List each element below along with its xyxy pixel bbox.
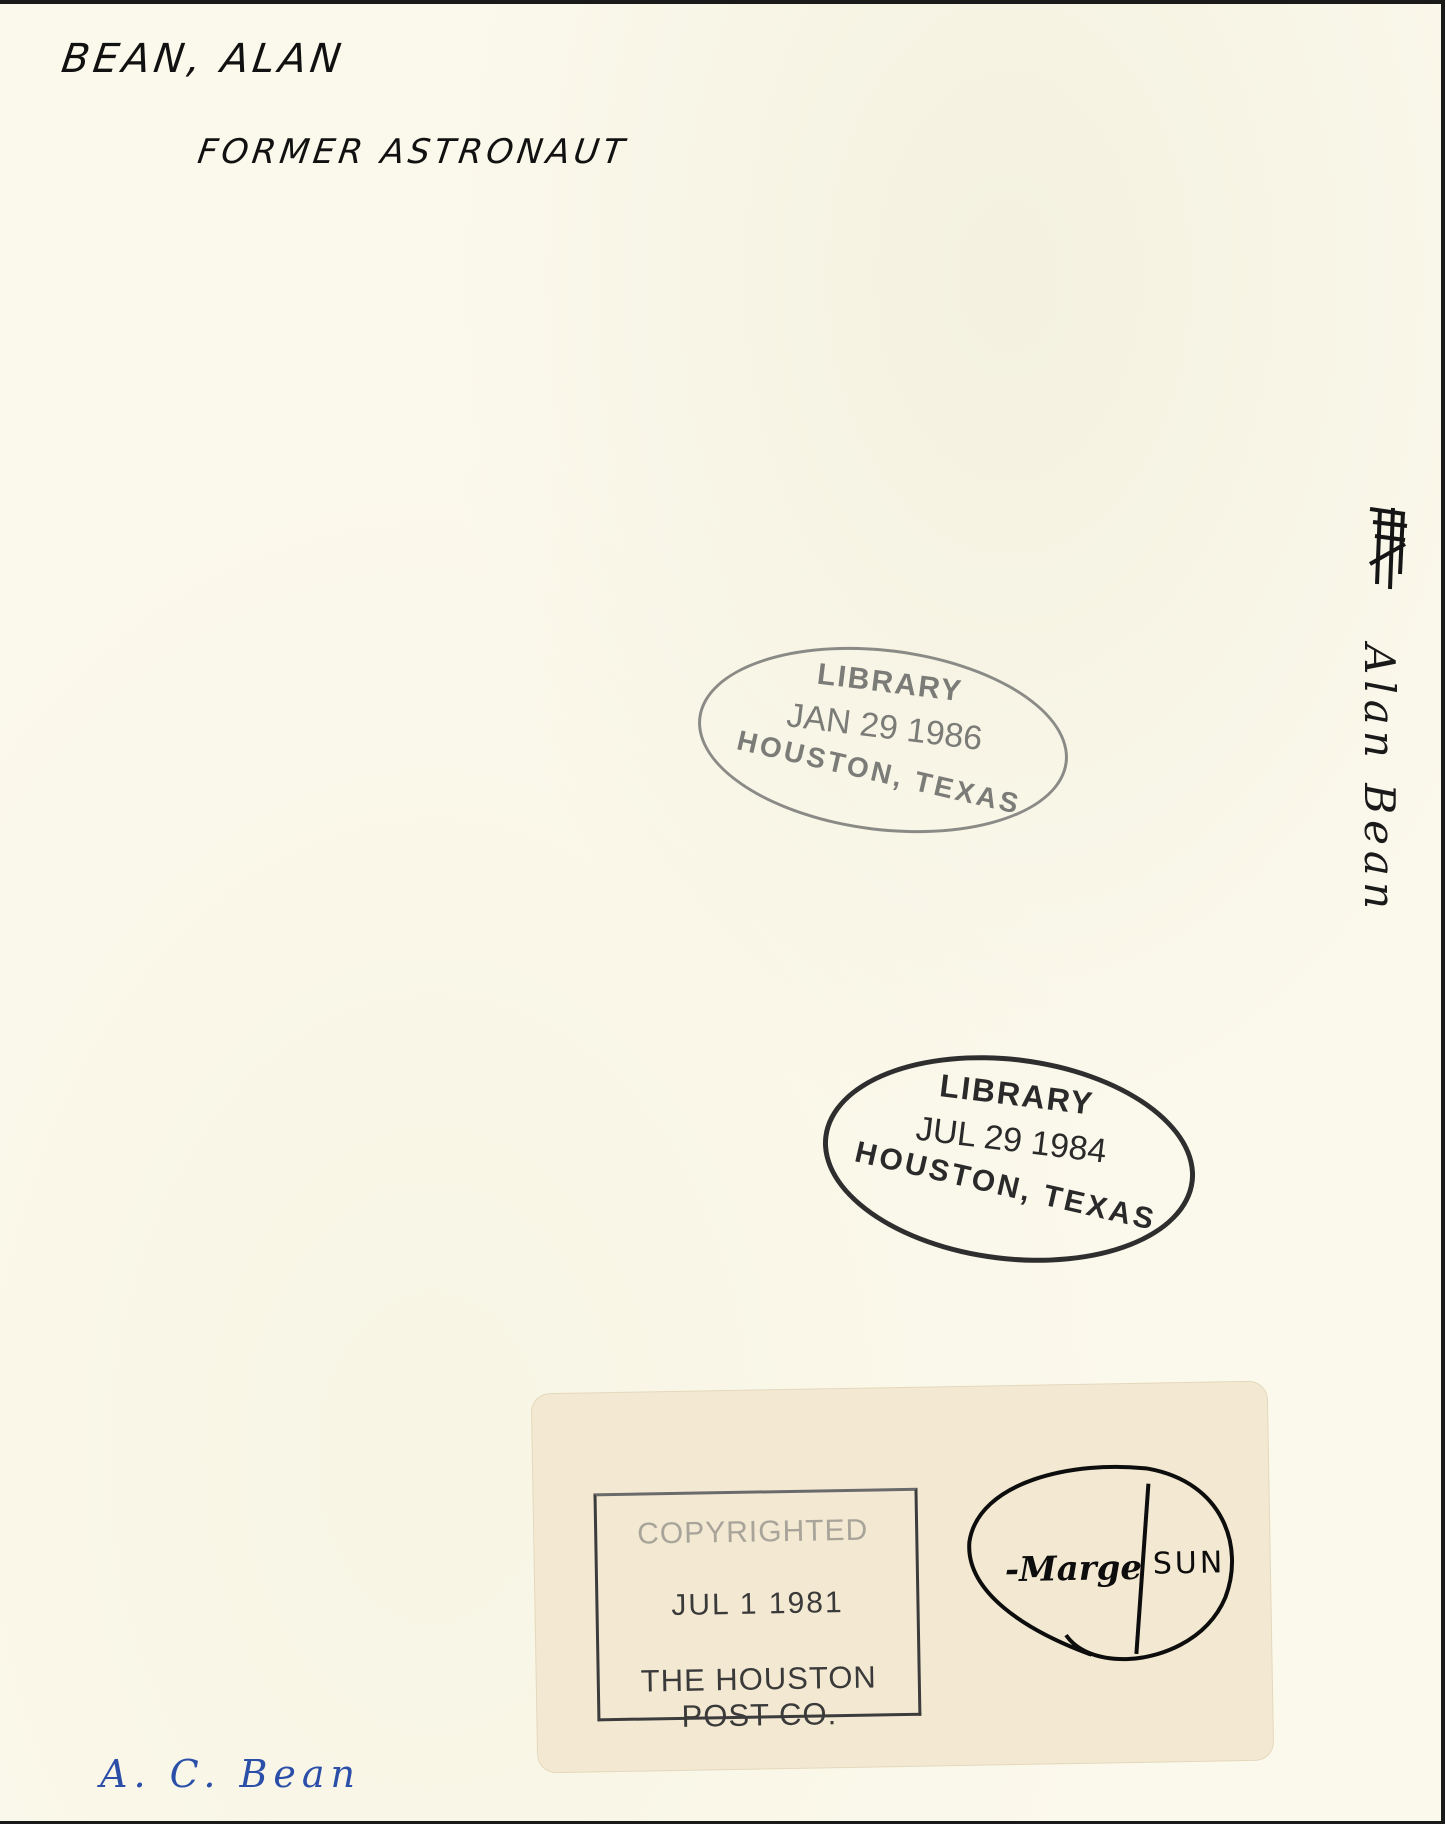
vertical-signature: Alan Bean xyxy=(1355,644,1404,915)
editor-name: -Marge xyxy=(1005,1548,1143,1590)
editor-circle-mark-icon: -Marge SUN xyxy=(883,1437,1257,1703)
blue-ink-signature: A. C. Bean xyxy=(100,1752,361,1796)
editor-publication: SUN xyxy=(1153,1545,1226,1581)
copyright-stamp: COPYRIGHTED JUL 1 1981 THE HOUSTON POST … xyxy=(593,1488,921,1722)
library-stamp-1986: LIBRARY JAN 29 1986 HOUSTON, TEXAS xyxy=(687,627,1078,853)
handwritten-description: FORMER ASTRONAUT xyxy=(195,132,630,172)
library-stamp-1984: LIBRARY JUL 29 1984 HOUSTON, TEXAS xyxy=(811,1035,1207,1283)
copyright-header: COPYRIGHTED xyxy=(597,1513,916,1553)
handwritten-name: BEAN, ALAN xyxy=(59,36,348,82)
photo-back-paper: BEAN, ALAN FORMER ASTRONAUT Alan Bean LI… xyxy=(0,4,1441,1821)
copyright-date: JUL 1 1981 xyxy=(598,1585,917,1625)
copyright-label-card: COPYRIGHTED JUL 1 1981 THE HOUSTON POST … xyxy=(532,1382,1273,1773)
copyright-company: THE HOUSTON POST CO. xyxy=(599,1659,918,1737)
signature-scribble-icon xyxy=(1365,504,1415,594)
